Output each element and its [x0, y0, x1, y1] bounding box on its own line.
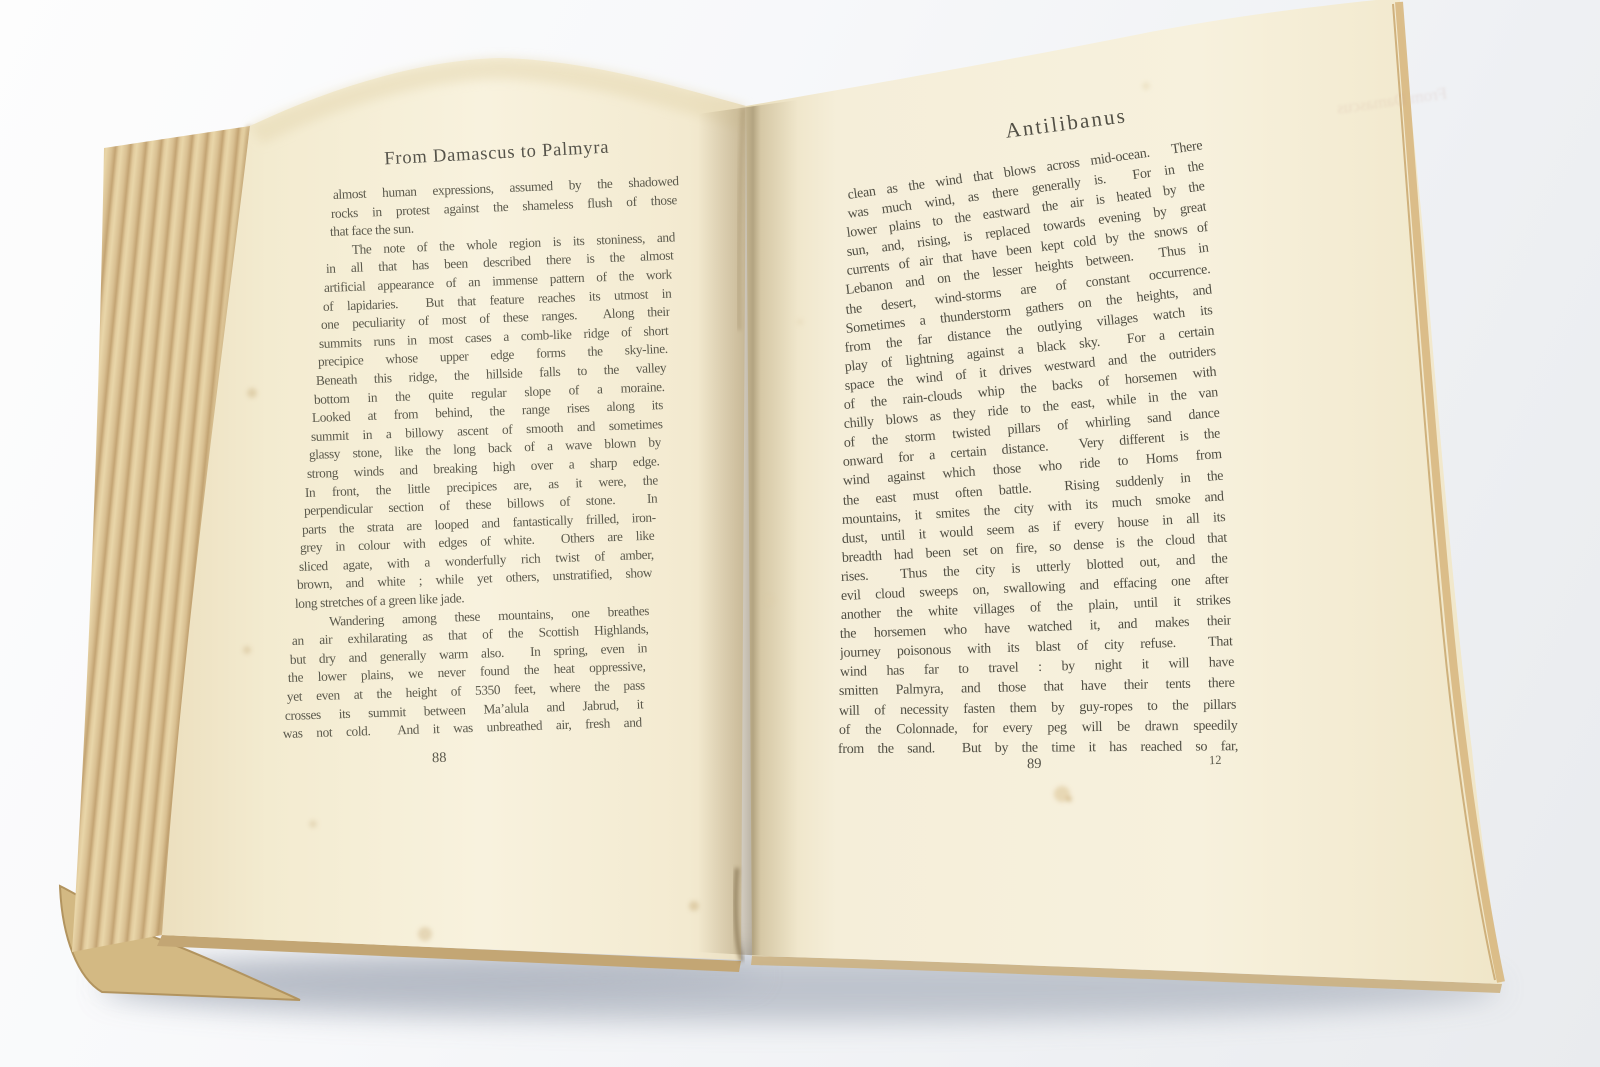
- right-page-number: 89: [1027, 756, 1042, 773]
- gutter-shadow: [698, 100, 798, 958]
- text-line: of the Colonnade, for every peg will be …: [839, 716, 1238, 740]
- book-illustration: [0, 0, 1600, 1067]
- signature-mark: 12: [1209, 753, 1222, 768]
- left-page-number: 88: [432, 750, 447, 767]
- left-page-body-text: almost human expressions, assumed by the…: [278, 186, 679, 744]
- right-page-body-text: clean as the wind that blows across mid-…: [838, 186, 1238, 759]
- book-photo: From Damascus to Palmyra almost human ex…: [0, 0, 1600, 1067]
